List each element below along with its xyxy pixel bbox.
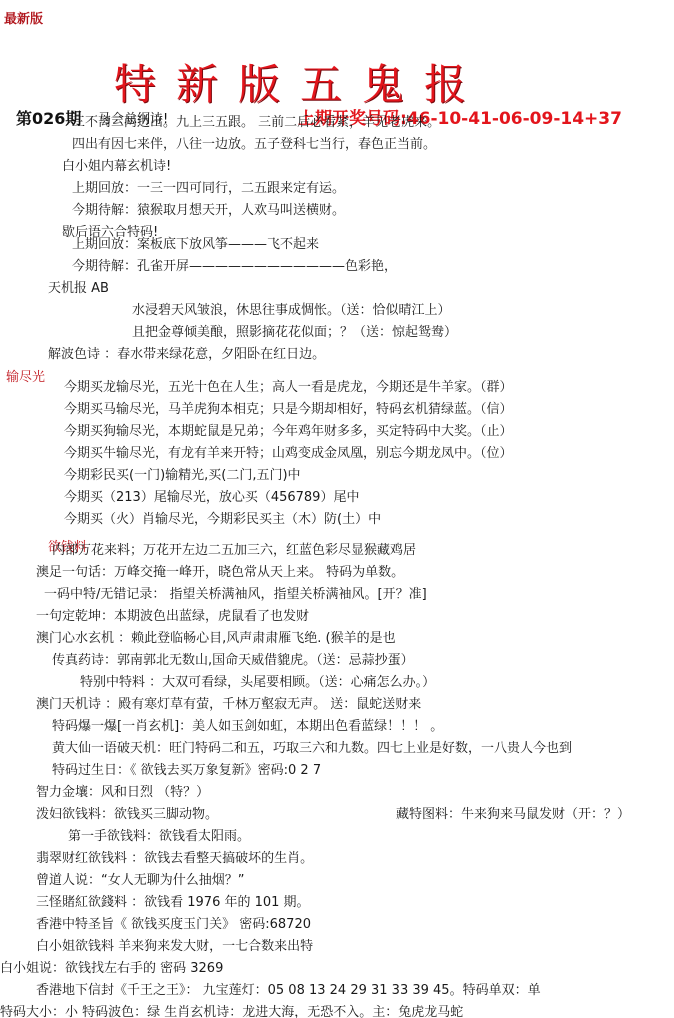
poem-line: 今期待解：孔雀开屏————————————色彩艳， <box>72 258 397 276</box>
poem-line: 今期待解：猿猴取月想天开，人欢马叫送横财。 <box>72 202 345 220</box>
money-line: 澳门天机诗 ：殿有寒灯草有萤，千林万壑寂无声。 送：鼠蛇送财来 <box>36 696 421 714</box>
money-line: 白小姐欲钱料 羊来狗来发大财，一七合数来出特 <box>36 938 313 956</box>
money-line: 特码过生日：《 欲钱去买万象复新》密码:0 2 7 <box>52 762 321 780</box>
poem-line: 三不离二两边出。九上三五跟。 三前二后必看紧，羊见老虎来。 <box>72 114 440 132</box>
money-line: 特码大小：小 特码波色：绿 生肖玄机诗：龙进大海，无恐不入。主：兔虎龙马蛇 <box>0 1004 463 1018</box>
lose-line: 今期彩民买(一门)输精光,买(二门,五门)中 <box>64 467 301 485</box>
money-line: 特别中特料 ：大双可看绿，头尾要相顾。（送：心痛怎么办。） <box>80 674 435 692</box>
money-line: 香港地下信封《千王之王》： 九宝莲灯：05 08 13 24 29 31 33 … <box>36 982 541 1000</box>
poem-line: 天机报 AB <box>48 280 109 298</box>
money-line: 第一手欲钱料：欲钱看太阳雨。 <box>68 828 250 846</box>
lose-line: 今期买龙输尽光，五光十色在人生；高人一看是虎龙，今期还是牛羊家。（群） <box>64 379 513 397</box>
money-line: 特码爆一爆[一肖玄机]：美人如玉剑如虹，本期出色看蓝绿！！！ 。 <box>52 718 443 736</box>
money-line: 一码中特/无错记录： 指望关桥满袖风，指望关桥满袖风。[开？准] <box>44 586 427 604</box>
money-line: 藏特图料：牛来狗来马鼠发财（开：？） <box>396 806 630 824</box>
poem-line: 上期回放：一三一四可同行，二五跟来定有运。 <box>72 180 345 198</box>
money-line: 智力金壤：风和日烈 （特？） <box>36 784 209 802</box>
money-line: 三怪賭紅欲錢料 ：欲钱看 1976 年的 101 期。 <box>36 894 310 912</box>
money-line: 黄大仙一语破天机：旺门特码二和五，巧取三六和九数。四七上业是好数，一八贵人今也到 <box>52 740 572 758</box>
money-line: 翡翠财红欲钱料 ：欲钱去看整天搞破坏的生肖。 <box>36 850 313 868</box>
poem-line: 上期回放：案板底下放风筝———飞不起来 <box>72 236 319 254</box>
poem-line: 四出有因七来伴，八往一边放。五子登科七当行，春色正当前。 <box>72 136 436 154</box>
money-line: 曾道人说：“女人无聊为什么抽烟？” <box>36 872 244 890</box>
lose-line: 今期买马输尽光，马羊虎狗本相克；只是今期却相好，特码玄机猜绿蓝。（信） <box>64 401 513 419</box>
lose-line: 今期买（213）尾输尽光，放心买（456789）尾中 <box>64 489 359 507</box>
edition-label: 最新版 <box>4 8 43 27</box>
poem-line: 水浸碧天风皱浪，休思往事成惆怅。（送：恰似晴江上） <box>132 302 451 320</box>
page-title: 特新版五鬼报 <box>114 52 486 112</box>
money-line: 澳足一句话：万峰交掩一峰开，晓色常从天上来。 特码为单数。 <box>36 564 404 582</box>
poem-line: 白小姐内幕玄机诗! <box>62 158 171 176</box>
poem-line: 且把金尊倾美酿，照影摘花花似面；？（送：惊起鸳鸯） <box>132 324 457 342</box>
lose-line: 今期买（火）肖输尽光，今期彩民买主（木）防(土）中 <box>64 511 381 529</box>
lose-line: 今期买狗输尽光，本期蛇鼠是兄弟；今年鸡年财多多，买定特码中大奖。（止） <box>64 423 513 441</box>
section-heading-lose: 输尽光 <box>6 366 45 385</box>
money-line: 一句定乾坤：本期波色出蓝绿，虎鼠看了也发财 <box>36 608 309 626</box>
money-line: 内部万花来料；万花开左边二五加三六，红蓝色彩尽显猴藏鸡居 <box>52 542 416 560</box>
money-line: 香港中特圣旨《 欲钱买度玉门关》 密码:68720 <box>36 916 311 934</box>
money-line: 澳门心水玄机 ：赖此登临畅心目,风声肃肃雁飞绝. (猴羊的是也 <box>36 630 396 648</box>
money-line: 泼妇欲钱料：欲钱买三脚动物。 <box>36 806 218 824</box>
poem-line: 解波色诗 ：春水带来绿花意，夕阳卧在红日边。 <box>48 346 325 364</box>
money-line: 白小姐说：欲钱找左右手的 密码 3269 <box>0 960 223 978</box>
money-line: 传真药诗：郭南郭北无数山,国命天威借貔虎。（送：忌蒜抄蛋） <box>52 652 414 670</box>
lose-line: 今期买牛输尽光，有龙有羊来开特；山鸡变成金凤凰，别忘今期龙凤中。（位） <box>64 445 513 463</box>
